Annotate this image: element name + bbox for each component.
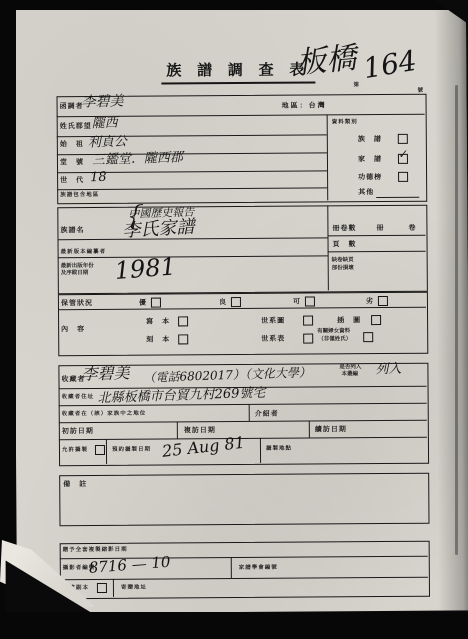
content-women-label-2: （非僅姓氏） [318, 337, 351, 343]
introducer-label: 介紹者 [255, 411, 279, 418]
permit-filming-label: 允許攝製 [62, 448, 88, 454]
content-label: 內 容 [61, 326, 85, 333]
pub-year-value: 1981 [114, 254, 177, 283]
category-item-gongdebang: 功德榜 [358, 174, 382, 181]
scanned-paper: 族 譜 調 查 表 板橋 第 164 號 函調者 李碧美 地區：台灣 姓氏郡望 … [13, 5, 468, 613]
society-number-label: 家譜學會編號 [239, 566, 278, 572]
jiapu-checkmark: ✓ [397, 148, 408, 160]
grid-line [231, 557, 232, 578]
grid-line [249, 404, 250, 421]
hall-label: 堂 號 [60, 159, 84, 166]
category-header: 資料類別 [332, 120, 358, 126]
coverage-label: 族譜包含地區 [60, 193, 99, 199]
donate-microfilm-label: 贈予全套複製縮影日期 [63, 548, 128, 554]
include-answer: 列入 [375, 363, 401, 377]
content-lineage-chart-label: 世系圖 [261, 318, 285, 325]
checkbox-excellent [151, 298, 161, 308]
editor-label: 最新版本編纂者 [61, 250, 107, 256]
pub-year-label-2: 及序跋日期 [61, 271, 89, 277]
clan-value: 隴西 [91, 117, 117, 131]
checkbox-permit-filming [95, 445, 105, 455]
clan-label: 姓氏郡望 [60, 123, 92, 130]
missing-label-2: 部份損壞 [332, 266, 354, 272]
surveyor-value: 李碧美 [81, 94, 123, 109]
area-label: 地區：台灣 [282, 102, 327, 109]
checkbox-women-info [363, 332, 373, 342]
category-item-zupu: 族 譜 [358, 136, 382, 143]
book-name-hw-2: 李氏家譜 [122, 218, 195, 240]
content-print-label: 刻 本 [146, 336, 170, 343]
checkbox-zupu [398, 134, 408, 144]
grid-line [113, 579, 114, 597]
include-question-label-2: 本叢編 [341, 372, 358, 378]
scan-top-border [0, 0, 468, 10]
form-title: 族 譜 調 查 表 [161, 63, 315, 84]
schedule-date-label: 預約攝製日期 [112, 448, 151, 454]
content-lineage-table-label: 世系表 [261, 336, 285, 343]
grid-line [260, 438, 261, 463]
grade-poor: 劣 [366, 298, 374, 305]
category-item-other: 其他 [358, 189, 374, 196]
checkbox-lineage-table [303, 334, 313, 344]
checkbox-illustration [371, 315, 381, 325]
first-visit-label: 初訪日期 [62, 428, 94, 435]
hall-value: 三鑑堂．隴西郡 [92, 151, 183, 167]
pages-label: 頁 數 [333, 241, 357, 248]
grid-line [106, 439, 107, 464]
grid-line [177, 421, 178, 438]
volumes-unit-juan: 卷 [408, 225, 416, 232]
scan-bottom-border [0, 612, 468, 639]
pub-year-label-1: 最新出版年份 [61, 264, 94, 270]
number-handwritten: 164 [361, 47, 418, 83]
address-label: 收藏者住址 [62, 395, 95, 401]
grade-fair: 可 [293, 299, 301, 306]
checkbox-gongdebang [398, 172, 408, 182]
generation-label: 世 代 [60, 177, 84, 184]
second-visit-label: 複訪日期 [184, 427, 216, 434]
volumes-label: 冊卷數 [332, 225, 356, 232]
checkbox-lineage-chart [303, 316, 313, 326]
checkbox-good [231, 297, 241, 307]
number-prefix: 第 [353, 83, 359, 89]
volumes-unit-ce: 冊 [376, 225, 384, 232]
content-illustration-label: 插 圖 [337, 317, 361, 324]
content-women-label-1: 有關婦女資料 [317, 329, 350, 335]
send-address-label: 寄贈地址 [121, 586, 147, 592]
content-manuscript-label: 寫 本 [146, 318, 170, 325]
ancestor-label: 始 祖 [60, 141, 84, 148]
missing-label-1: 缺卷缺頁 [332, 258, 354, 264]
scanned-form-page: { "title": { "main": "族 譜 調 查 表", "regio… [0, 0, 468, 639]
grade-excellent: 優 [139, 300, 147, 307]
generation-value: 18 [90, 171, 107, 185]
checkbox-fair [305, 296, 315, 306]
grid-line [309, 421, 310, 438]
checkbox-poor [378, 296, 388, 306]
filming-place-label: 攝製地點 [266, 447, 292, 453]
checkbox-print [178, 334, 188, 344]
checkbox-request-copy [97, 583, 107, 593]
notes-box [59, 473, 429, 527]
region-handwritten: 板橋 [295, 44, 358, 80]
surveyor-label: 函調者 [60, 103, 84, 110]
book-name-label: 族譜名 [60, 227, 84, 234]
followup-visit-label: 續訪日期 [315, 426, 347, 433]
include-question-label-1: 是否列入 [339, 365, 361, 371]
checkbox-manuscript [178, 316, 188, 326]
category-item-jiapu: 家 譜 [358, 156, 382, 163]
ancestor-value: 利貞公 [88, 135, 127, 149]
keep-status-label: 保管狀況 [61, 300, 93, 307]
paper-edge-shadow [455, 85, 458, 555]
family-position-label: 收藏者在（該）家族中之地位 [62, 412, 147, 418]
grade-good: 良 [219, 299, 227, 306]
notes-label: 備 註 [63, 481, 87, 488]
holder-value: 李碧美 [81, 365, 130, 383]
